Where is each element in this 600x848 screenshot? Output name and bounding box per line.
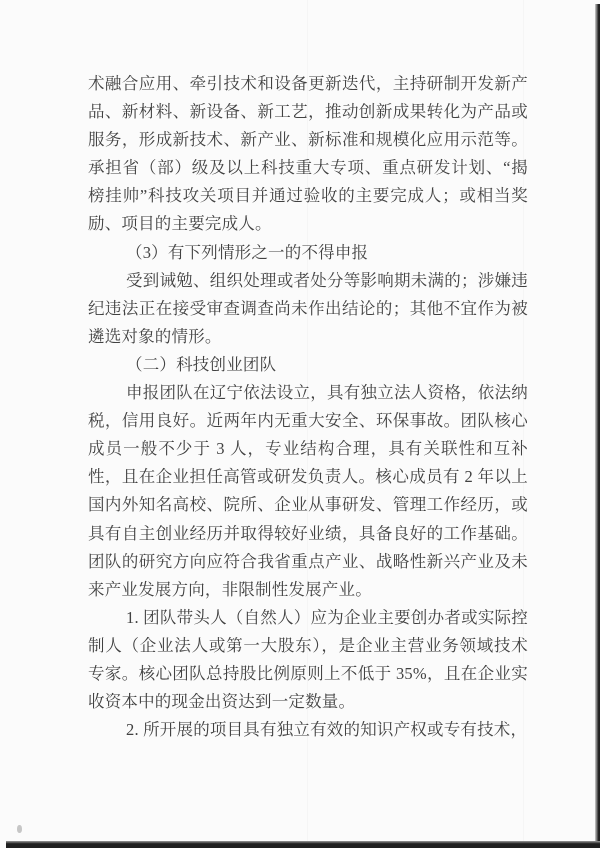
document-paragraph: 术融合应用、牵引技术和设备更新迭代，主持研制开发新产品、新材料、新设备、新工艺，… bbox=[88, 70, 528, 239]
scanned-document-page: 术融合应用、牵引技术和设备更新迭代，主持研制开发新产品、新材料、新设备、新工艺，… bbox=[0, 0, 600, 848]
document-paragraph: 申报团队在辽宁依法设立，具有独立法人资格，依法纳税，信用良好。近两年内无重大安全… bbox=[88, 379, 528, 604]
document-paragraph: 2. 所开展的项目具有独立有效的知识产权或专有技术， bbox=[88, 716, 528, 744]
document-paragraph: 受到诫勉、组织处理或者处分等影响期未满的；涉嫌违纪违法正在接受审查调查尚未作出结… bbox=[88, 267, 528, 351]
document-paragraph: （二）科技创业团队 bbox=[88, 351, 528, 379]
document-body: 术融合应用、牵引技术和设备更新迭代，主持研制开发新产品、新材料、新设备、新工艺，… bbox=[88, 70, 528, 744]
scan-edge-bottom bbox=[6, 841, 600, 848]
scan-banding-line bbox=[307, 0, 308, 841]
scan-speck bbox=[17, 825, 22, 833]
scan-banding-line bbox=[523, 0, 524, 841]
document-paragraph: 1. 团队带头人（自然人）应为企业主要创办者或实际控制人（企业法人或第一大股东）… bbox=[88, 604, 528, 716]
scan-edge-right bbox=[595, 4, 600, 848]
document-paragraph: （3）有下列情形之一的不得申报 bbox=[88, 239, 528, 267]
